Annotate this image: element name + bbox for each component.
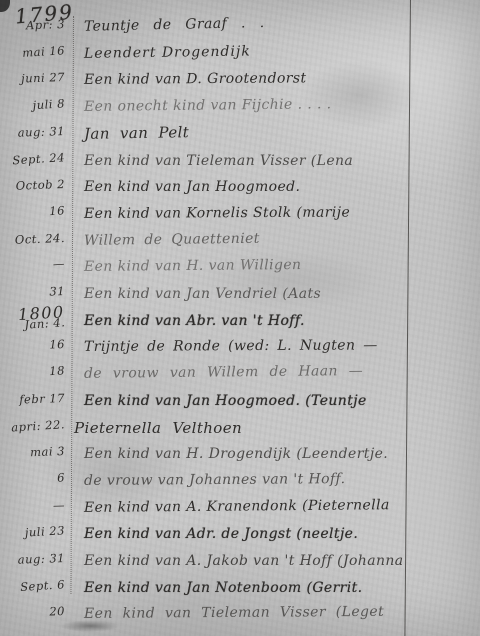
entry-date: 18 — [0, 364, 72, 381]
entry-text: Een kind van Jan Hoogmoed. (Teuntje — [72, 393, 480, 409]
entry-date: — — [0, 257, 72, 274]
entry-text: Een kind van Jan Hoogmoed. — [72, 179, 480, 195]
entry-text: Een kind van Abr. van 't Hoff. — [72, 313, 480, 329]
entry-text: Een onecht kind van Fijchie . . . . — [72, 95, 480, 115]
entry-text: de vrouw van Johannes van 't Hoff. — [72, 470, 480, 489]
entry-text: Een kind van Kornelis Stolk (marije — [72, 204, 480, 222]
register-row: — Een kind van A. Kranendonk (Pieternell… — [0, 500, 480, 527]
entry-date: 20 — [0, 605, 72, 621]
entry-date: 6 — [0, 471, 72, 488]
entry-date: — — [0, 498, 72, 514]
register-row: juli 23 Een kind van Adr. de Jongst (nee… — [0, 526, 480, 553]
entry-text: Een kind van A. Kranendonk (Pieternella — [72, 496, 480, 516]
register-row: 6 de vrouw van Johannes van 't Hoff. — [0, 473, 480, 500]
register-row: 31 Een kind van Jan Vendriel (Aats — [0, 286, 480, 313]
register-row: Sept. 24 Een kind van Tieleman Visser (L… — [0, 153, 480, 180]
register-row: febr 17 Een kind van Jan Hoogmoed. (Teun… — [0, 393, 480, 420]
entry-text: Een kind van D. Grootendorst — [72, 70, 480, 89]
register-entries: Apr: 3 Teuntje de Graaf . . mai 16 Leend… — [0, 19, 480, 633]
scan-corner-artifact — [0, 0, 10, 12]
entry-date: Sept. 6 — [0, 578, 72, 595]
entry-date: febr 17 — [0, 392, 72, 408]
entry-text: Een kind van A. Jakob van 't Hoff (Johan… — [72, 553, 480, 569]
entry-date: 1800 Jan: 4. — [0, 306, 73, 332]
entry-date: aug: 31 — [0, 552, 72, 568]
entry-date: Apr: 3 — [0, 18, 72, 34]
register-row: mai 3 Een kind van H. Drogendijk (Leende… — [0, 446, 480, 473]
register-row: Sept. 6 Een kind van Jan Notenboom (Gerr… — [0, 580, 480, 607]
entry-date: juli 8 — [0, 97, 72, 114]
entry-text: Een kind van Jan Notenboom (Gerrit. — [72, 580, 480, 596]
entry-text: Trijntje de Ronde (wed: L. Nugten — — [72, 337, 480, 355]
register-row: 18 de vrouw van Willem de Haan — — [0, 366, 480, 393]
entry-text: Pieternella Velthoen — [72, 420, 480, 436]
register-row: 1800 Jan: 4. Een kind van Abr. van 't Ho… — [0, 313, 480, 340]
register-row: aug: 31 Jan van Pelt — [0, 126, 480, 153]
entry-date: Oct. 24. — [0, 231, 72, 247]
entry-date: Octob 2 — [0, 178, 72, 194]
register-row: mai 16 Leendert Drogendijk — [0, 46, 480, 73]
register-page: 1799 Apr: 3 Teuntje de Graaf . . mai 16 … — [0, 0, 480, 636]
entry-text: Een kind van H. Drogendijk (Leendertje. — [72, 446, 480, 462]
entry-date: juni 27 — [0, 71, 72, 87]
entry-date: 31 — [0, 285, 72, 301]
entry-text: Een kind van Tieleman Visser (Leget — [72, 604, 480, 623]
entry-date: mai 16 — [0, 44, 72, 61]
register-row: Octob 2 Een kind van Jan Hoogmoed. — [0, 179, 480, 206]
register-row: aug: 31 Een kind van A. Jakob van 't Hof… — [0, 553, 480, 580]
entry-date: aug: 31 — [0, 125, 72, 141]
register-row: apri: 22. Pieternella Velthoen — [0, 420, 480, 447]
entry-text: Een kind van Tieleman Visser (Lena — [72, 153, 480, 169]
entry-text: Een kind van H. van Willigen — [72, 256, 480, 276]
entry-date: 16 — [0, 204, 72, 221]
entry-date: apri: 22. — [0, 417, 72, 434]
entry-text: de vrouw van Willem de Haan — — [72, 362, 480, 382]
entry-date: 16 — [0, 338, 72, 354]
entry-date: Sept. 24 — [0, 150, 72, 167]
register-row: — Een kind van H. van Willigen — [0, 259, 480, 286]
entry-text: Een kind van Adr. de Jongst (neeltje. — [72, 526, 480, 542]
entry-text: Een kind van Jan Vendriel (Aats — [72, 286, 480, 302]
register-row: 20 Een kind van Tieleman Visser (Leget — [0, 606, 480, 633]
entry-date: mai 3 — [0, 445, 72, 461]
entry-date: juli 23 — [0, 524, 72, 541]
entry-text: Teuntje de Graaf . . — [72, 10, 480, 35]
